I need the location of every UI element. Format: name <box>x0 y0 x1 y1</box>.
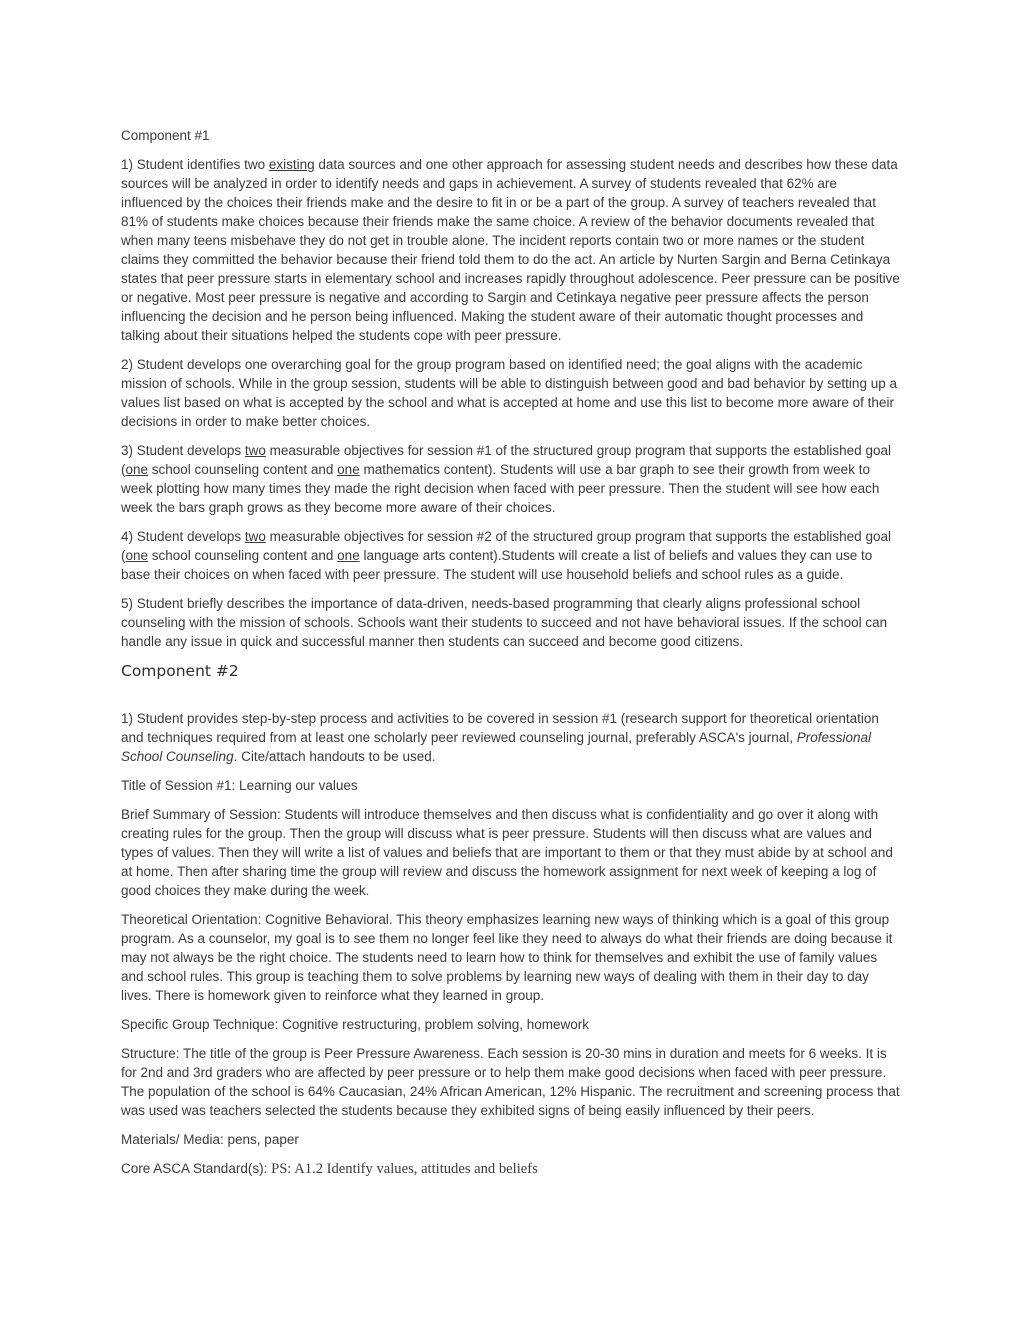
c2-core-asca-standards-line: Core ASCA Standard(s): PS: A1.2 Identify… <box>121 1159 901 1179</box>
text-run: Specific Group Technique: Cognitive rest… <box>121 1017 589 1032</box>
text-run: 2) Student develops one overarching goal… <box>121 357 897 429</box>
text-run: 1) Student identifies two <box>121 157 269 172</box>
c1-session1-objectives-paragraph: 3) Student develops two measurable objec… <box>121 441 901 517</box>
text-run: 1) Student provides step-by-step process… <box>121 711 879 745</box>
c1-data-driven-importance-paragraph: 5) Student briefly describes the importa… <box>121 594 901 651</box>
c2-structure-paragraph: Structure: The title of the group is Pee… <box>121 1044 901 1120</box>
text-run: Structure: The title of the group is Pee… <box>121 1046 900 1118</box>
text-run: two <box>245 443 266 458</box>
text-run: one <box>126 548 149 563</box>
c1-needs-assessment-paragraph: 1) Student identifies two existing data … <box>121 155 901 345</box>
c1-overarching-goal-paragraph: 2) Student develops one overarching goal… <box>121 355 901 431</box>
text-run: 4) Student develops <box>121 529 245 544</box>
text-run: Title of Session #1: Learning our values <box>121 778 358 793</box>
document-content: Component #1 1) Student identifies two e… <box>121 126 901 1189</box>
text-run: Theoretical Orientation: Cognitive Behav… <box>121 912 892 1003</box>
text-run: one <box>337 548 360 563</box>
c2-specific-group-technique-line: Specific Group Technique: Cognitive rest… <box>121 1015 901 1034</box>
c2-theoretical-orientation-paragraph: Theoretical Orientation: Cognitive Behav… <box>121 910 901 1005</box>
c2-session1-process-paragraph: 1) Student provides step-by-step process… <box>121 709 901 766</box>
text-run: Brief Summary of Session: Students will … <box>121 807 893 898</box>
document-page: Component #1 1) Student identifies two e… <box>0 0 1020 1320</box>
text-run: two <box>245 529 266 544</box>
component-1-heading: Component #1 <box>121 126 901 145</box>
text-run: Core ASCA Standard(s): <box>121 1161 271 1176</box>
text-run: school counseling content and <box>148 462 337 477</box>
text-run: one <box>126 462 149 477</box>
text-run: . Cite/attach handouts to be used. <box>234 749 436 764</box>
c2-brief-summary-paragraph: Brief Summary of Session: Students will … <box>121 805 901 900</box>
text-run: 5) Student briefly describes the importa… <box>121 596 887 649</box>
c2-session-title-line: Title of Session #1: Learning our values <box>121 776 901 795</box>
c1-session2-objectives-paragraph: 4) Student develops two measurable objec… <box>121 527 901 584</box>
text-run: existing <box>269 157 315 172</box>
component-2-heading: Component #2 <box>121 661 901 682</box>
text-run: PS: A1.2 Identify values, attitudes and … <box>271 1161 538 1177</box>
text-run: school counseling content and <box>148 548 337 563</box>
text-run: 3) Student develops <box>121 443 245 458</box>
c2-materials-media-line: Materials/ Media: pens, paper <box>121 1130 901 1149</box>
text-run: one <box>337 462 360 477</box>
text-run: Materials/ Media: pens, paper <box>121 1132 299 1147</box>
text-run: data sources and one other approach for … <box>121 157 900 343</box>
